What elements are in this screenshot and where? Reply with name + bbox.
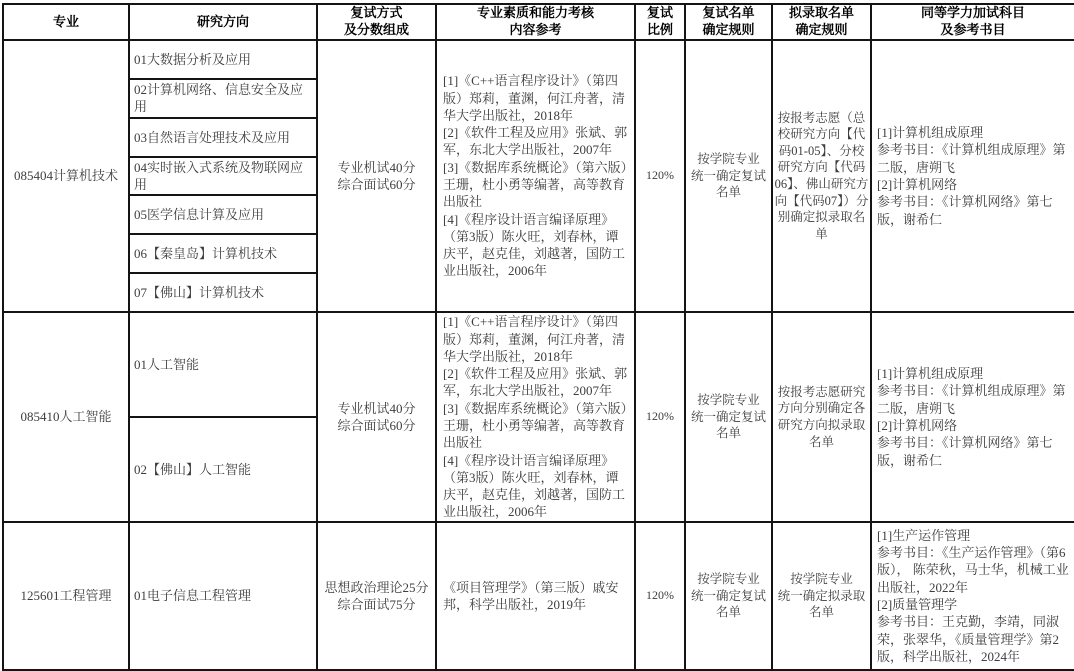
exam-method-text: 专业机试40分 综合面试60分 xyxy=(337,400,415,435)
col-header-ratio: 复试 比例 xyxy=(636,5,686,41)
col-header-major: 专业 xyxy=(4,5,130,41)
major-label: 085404计算机技术 xyxy=(14,167,118,184)
col-header-admission-rule: 拟录取名单 确定规则 xyxy=(773,5,872,41)
col-header-exam-method-label: 复试方式 及分数组成 xyxy=(344,5,409,39)
direction-item: 01人工智能 xyxy=(130,313,316,418)
col-header-equivalency: 同等学力加试科目 及参考书目 xyxy=(872,5,1074,41)
shortlist-rule-text: 按学院专业 统一确定复试名单 xyxy=(687,392,770,442)
table-header-row: 专业 研究方向 复试方式 及分数组成 专业素质和能力考核 内容参考 复试 比例 … xyxy=(4,5,1074,41)
equivalency-text: [1]生产运作管理 参考书目：《生产运作管理》（第6版）， 陈荣秋，马士华，机械… xyxy=(877,527,1069,665)
assessment-refs-cell: 《项目管理学》（第三版）戚安邦，科学出版社，2019年 xyxy=(437,523,636,669)
admissions-rules-table: 专业 研究方向 复试方式 及分数组成 专业素质和能力考核 内容参考 复试 比例 … xyxy=(2,3,1074,671)
direction-label: 05医学信息计算及应用 xyxy=(134,206,264,223)
shortlist-rule-text: 按学院专业 统一确定复试名单 xyxy=(687,151,770,201)
direction-item: 01大数据分析及应用 xyxy=(130,41,316,80)
major-label: 085410人工智能 xyxy=(20,408,111,425)
major-label: 125601工程管理 xyxy=(20,587,111,604)
direction-item: 02【佛山】人工智能 xyxy=(130,418,316,521)
ratio-value: 120% xyxy=(646,409,674,425)
direction-item: 02计算机网络、信息安全及应用 xyxy=(130,80,316,119)
assessment-refs-text: [1]《C++语言程序设计》（第四版）郑莉，董渊，何江舟著，清华大学出版社，20… xyxy=(443,313,628,520)
direction-item: 06【秦皇岛】计算机技术 xyxy=(130,235,316,274)
ratio-cell: 120% xyxy=(636,41,686,313)
direction-item: 01电子信息工程管理 xyxy=(130,523,316,669)
equivalency-cell: [1]计算机组成原理 参考书目：《计算机组成原理》第二版，唐朔飞 [2]计算机网… xyxy=(872,41,1074,313)
equivalency-cell: [1]计算机组成原理 参考书目：《计算机组成原理》第二版，唐朔飞 [2]计算机网… xyxy=(872,313,1074,523)
ratio-cell: 120% xyxy=(636,313,686,523)
directions-cell: 01大数据分析及应用 02计算机网络、信息安全及应用 03自然语言处理技术及应用… xyxy=(130,41,318,313)
assessment-refs-cell: [1]《C++语言程序设计》（第四版）郑莉，董渊，何江舟著，清华大学出版社，20… xyxy=(437,313,636,523)
exam-method-cell: 思想政治理论25分 综合面试75分 xyxy=(318,523,437,669)
direction-label: 02计算机网络、信息安全及应用 xyxy=(134,81,312,116)
direction-label: 06【秦皇岛】计算机技术 xyxy=(134,245,277,262)
direction-label: 01人工智能 xyxy=(134,356,199,373)
exam-method-text: 专业机试40分 综合面试60分 xyxy=(337,159,415,194)
exam-method-cell: 专业机试40分 综合面试60分 xyxy=(318,41,437,313)
assessment-refs-cell: [1]《C++语言程序设计》（第四版）郑莉，董渊，何江舟著，清华大学出版社，20… xyxy=(437,41,636,313)
col-header-research-direction: 研究方向 xyxy=(130,5,318,41)
major-cell: 085404计算机技术 xyxy=(4,41,130,313)
col-header-shortlist-rule-label: 复试名单 确定规则 xyxy=(702,5,754,39)
direction-item: 03自然语言处理技术及应用 xyxy=(130,119,316,158)
shortlist-rule-cell: 按学院专业 统一确定复试名单 xyxy=(686,313,773,523)
table-row: 085410人工智能 01人工智能 02【佛山】人工智能 专业机试40分 综合面… xyxy=(4,313,1074,523)
table-row: 125601工程管理 01电子信息工程管理 思想政治理论25分 综合面试75分 … xyxy=(4,523,1074,669)
admission-rule-text: 按学院专业 统一确定拟录取名单 xyxy=(774,571,869,621)
shortlist-rule-cell: 按学院专业 统一确定复试名单 xyxy=(686,523,773,669)
ratio-value: 120% xyxy=(646,588,674,604)
admission-rule-cell: 按报考志愿研究方向分别确定各研究方向拟录取名单 xyxy=(773,313,872,523)
assessment-refs-text: 《项目管理学》（第三版）戚安邦，科学出版社，2019年 xyxy=(443,579,628,614)
col-header-assessment-refs-label: 专业素质和能力考核 内容参考 xyxy=(477,5,594,39)
admission-rule-cell: 按报考志愿（总校研究方向【代码01-05】、分校研究方向【代码06】、佛山研究方… xyxy=(773,41,872,313)
exam-method-text: 思想政治理论25分 综合面试75分 xyxy=(324,579,428,614)
direction-label: 02【佛山】人工智能 xyxy=(134,461,251,478)
equivalency-text: [1]计算机组成原理 参考书目：《计算机组成原理》第二版，唐朔飞 [2]计算机网… xyxy=(877,124,1069,228)
col-header-exam-method: 复试方式 及分数组成 xyxy=(318,5,437,41)
directions-cell: 01电子信息工程管理 xyxy=(130,523,318,669)
ratio-value: 120% xyxy=(646,168,674,184)
col-header-shortlist-rule: 复试名单 确定规则 xyxy=(686,5,773,41)
shortlist-rule-text: 按学院专业 统一确定复试名单 xyxy=(687,571,770,621)
admission-rule-text: 按报考志愿（总校研究方向【代码01-05】、分校研究方向【代码06】、佛山研究方… xyxy=(774,110,869,243)
direction-label: 03自然语言处理技术及应用 xyxy=(134,129,290,146)
direction-label: 07【佛山】计算机技术 xyxy=(134,284,264,301)
major-cell: 085410人工智能 xyxy=(4,313,130,523)
table-row: 085404计算机技术 01大数据分析及应用 02计算机网络、信息安全及应用 0… xyxy=(4,41,1074,313)
direction-item: 05医学信息计算及应用 xyxy=(130,196,316,235)
shortlist-rule-cell: 按学院专业 统一确定复试名单 xyxy=(686,41,773,313)
direction-label: 01电子信息工程管理 xyxy=(134,587,251,604)
ratio-cell: 120% xyxy=(636,523,686,669)
scan-artifact xyxy=(845,641,860,667)
col-header-research-direction-label: 研究方向 xyxy=(197,14,249,31)
assessment-refs-text: [1]《C++语言程序设计》（第四版）郑莉，董渊，何江舟著，清华大学出版社，20… xyxy=(443,72,628,279)
exam-method-cell: 专业机试40分 综合面试60分 xyxy=(318,313,437,523)
col-header-admission-rule-label: 拟录取名单 确定规则 xyxy=(789,5,854,39)
col-header-major-label: 专业 xyxy=(53,14,79,31)
direction-label: 01大数据分析及应用 xyxy=(134,51,251,68)
equivalency-text: [1]计算机组成原理 参考书目：《计算机组成原理》第二版，唐朔飞 [2]计算机网… xyxy=(877,365,1069,469)
direction-item: 04实时嵌入式系统及物联网应用 xyxy=(130,158,316,197)
direction-item: 07【佛山】计算机技术 xyxy=(130,274,316,311)
col-header-equivalency-label: 同等学力加试科目 及参考书目 xyxy=(921,5,1025,39)
directions-cell: 01人工智能 02【佛山】人工智能 xyxy=(130,313,318,523)
admissions-rules-page: 专业 研究方向 复试方式 及分数组成 专业素质和能力考核 内容参考 复试 比例 … xyxy=(0,0,1074,671)
major-cell: 125601工程管理 xyxy=(4,523,130,669)
col-header-ratio-label: 复试 比例 xyxy=(647,5,673,39)
direction-label: 04实时嵌入式系统及物联网应用 xyxy=(134,159,312,194)
equivalency-cell: [1]生产运作管理 参考书目：《生产运作管理》（第6版）， 陈荣秋，马士华，机械… xyxy=(872,523,1074,669)
admission-rule-text: 按报考志愿研究方向分别确定各研究方向拟录取名单 xyxy=(774,384,869,451)
col-header-assessment-refs: 专业素质和能力考核 内容参考 xyxy=(437,5,636,41)
